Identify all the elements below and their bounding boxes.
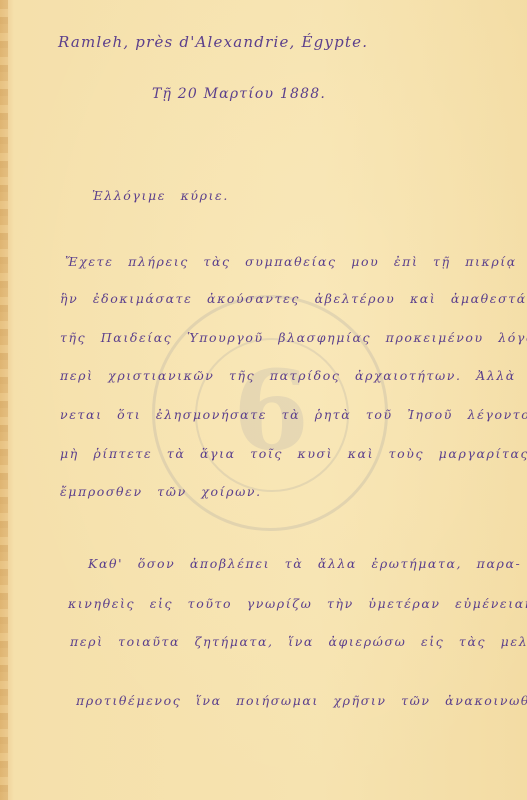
letter-line-10: περὶ τοιαῦτα ζητήματα, ἵνα ἀφιερώσω εἰς … [70, 634, 527, 649]
letter-line-8: Καθ' ὅσον ἀποβλέπει τὰ ἄλλα ἐρωτήματα, π… [88, 556, 521, 571]
letter-page: 6 Ramleh, près d'Alexandrie, Égypte. Τῇ … [0, 0, 527, 800]
letter-line-7: ἔμπροσθεν τῶν χοίρων. [60, 484, 262, 499]
letter-line-4: περὶ χριστιανικῶν τῆς πατρίδος ἀρχαιοτήτ… [60, 368, 527, 383]
letter-line-6: μὴ ῥίπτετε τὰ ἅγια τοῖς κυσὶ καὶ τοὺς μα… [60, 446, 527, 461]
date-line: Τῇ 20 Μαρτίου 1888. [152, 86, 326, 102]
place-line: Ramleh, près d'Alexandrie, Égypte. [58, 33, 368, 51]
letter-line-5: νεται ὅτι ἐλησμονήσατε τὰ ῥητὰ τοῦ Ἰησοῦ… [60, 407, 527, 422]
letter-line-9: κινηθεὶς εἰς τοῦτο γνωρίζω τὴν ὑμετέραν … [68, 596, 527, 611]
paper-edge-stain [0, 0, 8, 800]
letter-line-2: ἣν ἐδοκιμάσατε ἀκούσαντες ἀβελτέρου καὶ … [60, 291, 527, 306]
letter-line-1: Ἔχετε πλήρεις τὰς συμπαθείας μου ἐπὶ τῇ … [65, 254, 517, 269]
letter-line-3: τῆς Παιδείας Ὑπουργοῦ βλασφημίας προκειμ… [60, 330, 527, 345]
letter-line-11: προτιθέμενος ἵνα ποιήσωμαι χρῆσιν τῶν ἀν… [76, 693, 527, 708]
salutation: Ἐλλόγιμε κύριε. [92, 188, 229, 203]
